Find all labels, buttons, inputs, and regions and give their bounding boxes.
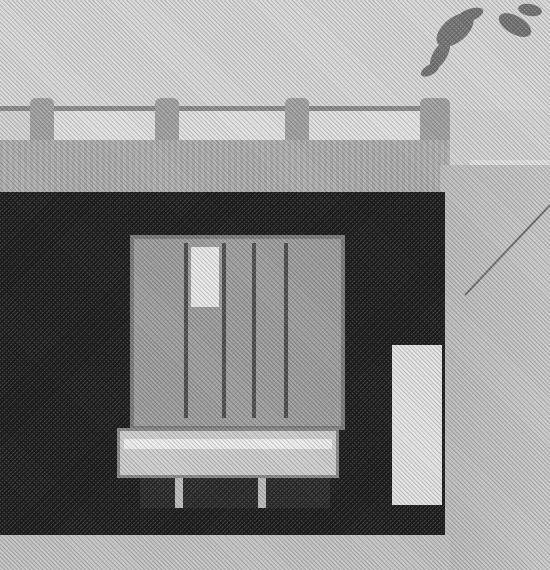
chassis-support (258, 478, 266, 508)
railing-gap (300, 111, 420, 143)
railing-post (285, 98, 309, 146)
truck-chassis (140, 478, 330, 508)
railing-gap (175, 111, 285, 143)
railing-gap (50, 111, 160, 143)
container-rib (222, 243, 226, 418)
road (0, 535, 450, 570)
cable-line (455, 200, 550, 300)
truck-bed (117, 428, 339, 478)
shipping-container (130, 235, 345, 430)
chassis-support (175, 478, 183, 508)
container-rib (252, 243, 256, 418)
bridge-deck (0, 140, 450, 195)
light-panel (392, 345, 442, 505)
bed-stripe (124, 439, 332, 449)
container-rib (184, 243, 188, 418)
container-rib (284, 243, 288, 418)
photograph: Grayscale halftone photograph of a truck… (0, 0, 550, 570)
railing-post (30, 98, 54, 146)
railing-post (155, 98, 179, 146)
tree-branches (0, 0, 550, 120)
container-label-plate (191, 247, 219, 307)
railing-post (420, 98, 450, 146)
